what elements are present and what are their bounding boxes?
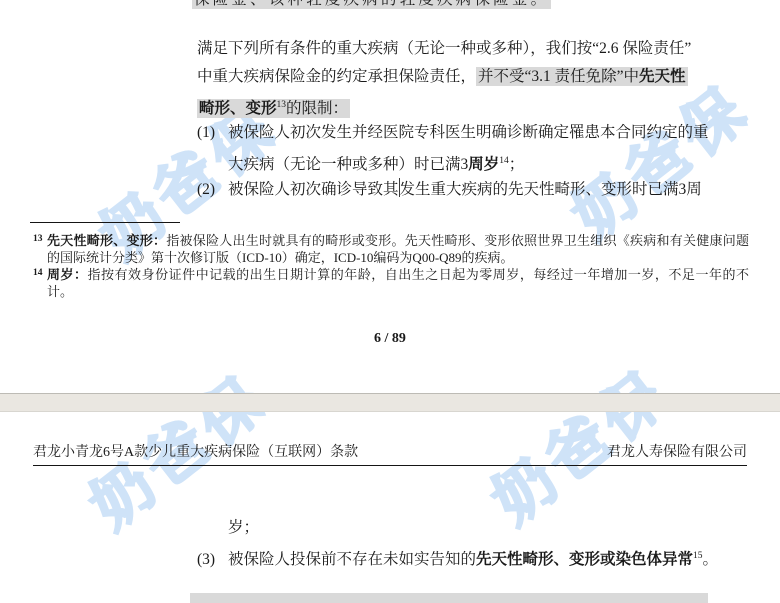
page-gap-separator [0, 393, 780, 412]
list-item-text: 被保险人投保前不存在未如实告知的 [228, 551, 476, 568]
bold-term: 畸形、变形 [199, 100, 277, 117]
page-header: 君龙小青龙6号A款少儿重大疾病保险（互联网）条款 君龙人寿保险有限公司 [33, 443, 747, 466]
footnote-ref-13: 13 [277, 100, 287, 110]
pdf-viewer-canvas: 奶爸保 奶爸保 奶爸保 奶爸保 保险金、该种轻度疾病的轻度疾病保险金。 满足下列… [0, 0, 780, 603]
list-item-2: (2)被保险人初次确诊导致其发生重大疾病的先天性畸形、变形时已满3周 [197, 178, 702, 201]
footnote-number: 13 [33, 231, 43, 248]
footnote-number: 14 [33, 265, 43, 282]
bold-term: 先天性 [639, 68, 686, 85]
list-item-text: ； [509, 156, 525, 173]
list-item-2-continuation: 岁； [228, 517, 259, 539]
page-number: 6 / 89 [0, 328, 780, 350]
list-item-1: (1)被保险人初次发生并经医院专科医生明确诊断确定罹患本合同约定的重 [197, 122, 709, 144]
list-item-number: (1) [197, 122, 228, 144]
paragraph-line: 满足下列所有条件的重大疾病（无论一种或多种），我们按“2.6 保险责任” [197, 38, 691, 60]
list-item-text: 被保险人初次确诊导致其 [228, 181, 399, 198]
footnote-14: 14周岁：指按有效身份证件中记载的出生日期计算的年龄，自出生之日起为零周岁，每经… [33, 266, 749, 300]
highlighted-text: 保险金、该种轻度疾病的轻度疾病保险金。 [192, 0, 551, 9]
highlighted-text: 畸形、变形13的限制： [197, 99, 350, 118]
clipped-highlighted-line: 保险金、该种轻度疾病的轻度疾病保险金。 [192, 0, 551, 11]
footnote-ref-14: 14 [499, 156, 509, 166]
list-item-number: (2) [197, 179, 228, 201]
list-item-3: (3)被保险人投保前不存在未如实告知的先天性畸形、变形或染色体异常15。 [197, 545, 718, 571]
list-item-text: 。 [703, 551, 719, 568]
paragraph-line: 畸形、变形13的限制： [197, 94, 350, 120]
footnote-13: 13先天性畸形、变形：指被保险人出生时就具有的畸形或变形。先天性畸形、变形依照世… [33, 232, 749, 266]
list-item-text: 发生重大疾病的先天性畸形、变形时已满3周 [400, 181, 702, 198]
list-item-text: 大疾病（无论一种或多种）时已满3 [228, 156, 468, 173]
header-document-title: 君龙小青龙6号A款少儿重大疾病保险（互联网）条款 [33, 443, 358, 462]
list-item-1-line-2: 大疾病（无论一种或多种）时已满3周岁14； [228, 150, 524, 176]
watermark: 奶爸保 [549, 64, 775, 259]
highlighted-segment: 并不受“3.1 责任免除”中 [478, 68, 639, 85]
footnotes: 13先天性畸形、变形：指被保险人出生时就具有的畸形或变形。先天性畸形、变形依照世… [33, 232, 749, 300]
highlighted-segment: 的限制： [286, 100, 348, 117]
bold-term: 周岁 [468, 156, 499, 173]
bold-term: 先天性畸形、变形或染色体异常 [476, 551, 693, 568]
footnote-term: 先天性畸形、变形： [47, 233, 166, 248]
footnote-ref-15: 15 [693, 551, 703, 561]
paragraph-text: 中重大疾病保险金的约定承担保险责任， [197, 68, 476, 85]
highlighted-block-clipped [190, 593, 708, 603]
list-item-text: 被保险人初次发生并经医院专科医生明确诊断确定罹患本合同约定的重 [228, 124, 709, 141]
footnote-separator [30, 222, 180, 223]
footnote-term: 周岁： [47, 267, 88, 282]
header-company-name: 君龙人寿保险有限公司 [607, 443, 747, 462]
footnote-body: 指按有效身份证件中记载的出生日期计算的年龄，自出生之日起为零周岁，每经过一年增加… [47, 267, 749, 299]
highlighted-text: 并不受“3.1 责任免除”中先天性 [476, 67, 688, 86]
paragraph-line: 中重大疾病保险金的约定承担保险责任，并不受“3.1 责任免除”中先天性 [197, 66, 688, 88]
list-item-number: (3) [197, 549, 228, 571]
